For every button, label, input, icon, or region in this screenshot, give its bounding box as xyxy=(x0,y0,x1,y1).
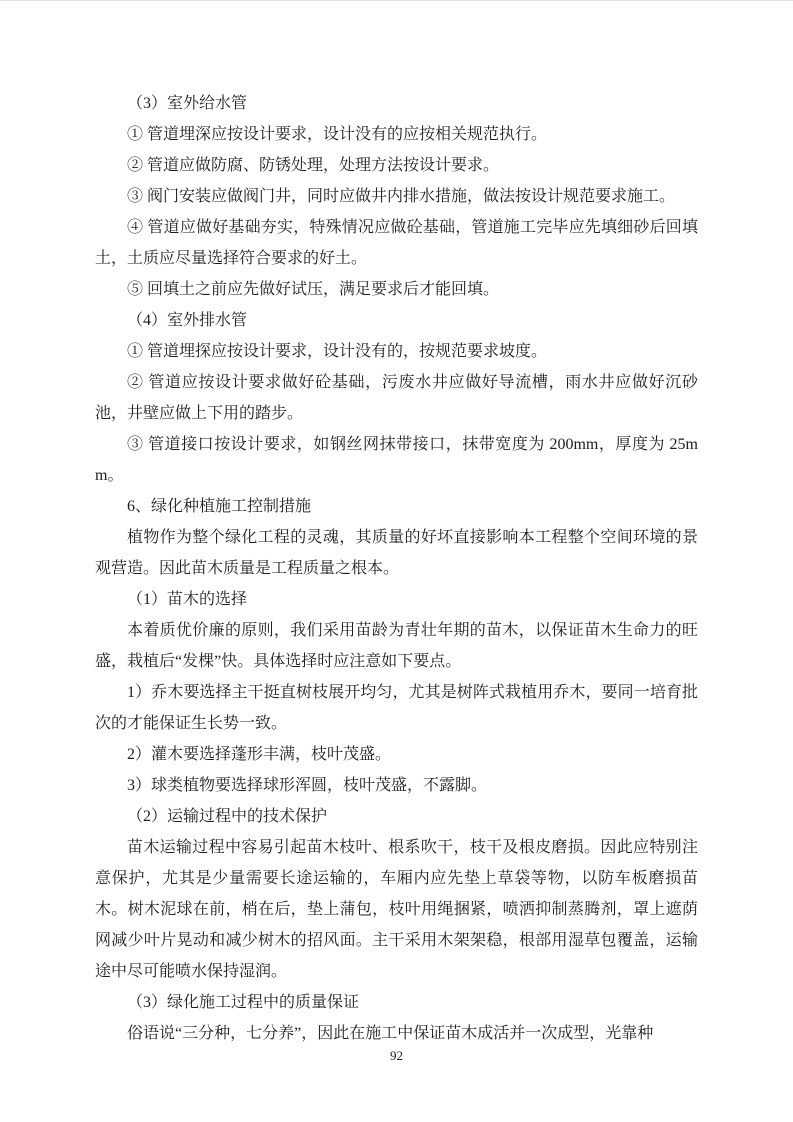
document-page: （3）室外给水管① 管道埋深应按设计要求，设计没有的应按相关规范执行。② 管道应… xyxy=(0,1,793,1122)
paragraph: ⑤ 回填土之前应先做好试压，满足要求后才能回填。 xyxy=(95,274,698,305)
paragraph: ③ 管道接口按设计要求，如钢丝网抹带接口，抹带宽度为 200mm，厚度为 25m… xyxy=(95,429,698,491)
paragraph: （3）绿化施工过程中的质量保证 xyxy=(95,987,698,1018)
paragraph: ① 管道埋深应按设计要求，设计没有的应按相关规范执行。 xyxy=(95,119,698,150)
paragraph: 1）乔木要选择主干挺直树枝展开均匀，尤其是树阵式栽植用乔木，要同一培育批次的才能… xyxy=(95,677,698,739)
paragraph: 2）灌木要选择蓬形丰满，枝叶茂盛。 xyxy=(95,739,698,770)
page-footer: 92 xyxy=(0,1047,793,1065)
paragraph: 植物作为整个绿化工程的灵魂，其质量的好坏直接影响本工程整个空间环境的景观营造。因… xyxy=(95,522,698,584)
paragraph: （3）室外给水管 xyxy=(95,88,698,119)
document-body: （3）室外给水管① 管道埋深应按设计要求，设计没有的应按相关规范执行。② 管道应… xyxy=(95,88,698,1049)
paragraph: ① 管道埋探应按设计要求，设计没有的，按规范要求坡度。 xyxy=(95,336,698,367)
paragraph: 3）球类植物要选择球形浑圆，枝叶茂盛，不露脚。 xyxy=(95,770,698,801)
page-number: 92 xyxy=(390,1048,403,1063)
paragraph: ④ 管道应做好基础夯实，特殊情况应做砼基础，管道施工完毕应先填细砂后回填土，土质… xyxy=(95,212,698,274)
paragraph: （2）运输过程中的技术保护 xyxy=(95,801,698,832)
paragraph: ③ 阀门安装应做阀门井，同时应做井内排水措施，做法按设计规范要求施工。 xyxy=(95,181,698,212)
paragraph: 俗语说“三分种，七分养”，因此在施工中保证苗木成活并一次成型，光靠种 xyxy=(95,1018,698,1049)
paragraph: 本着质优价廉的原则，我们采用苗龄为青壮年期的苗木，以保证苗木生命力的旺盛，栽植后… xyxy=(95,615,698,677)
paragraph: （4）室外排水管 xyxy=(95,305,698,336)
paragraph: 6、绿化种植施工控制措施 xyxy=(95,491,698,522)
paragraph: ② 管道应做防腐、防锈处理，处理方法按设计要求。 xyxy=(95,150,698,181)
paragraph: 苗木运输过程中容易引起苗木枝叶、根系吹干，枝干及根皮磨损。因此应特别注意保护，尤… xyxy=(95,832,698,987)
paragraph: ② 管道应按设计要求做好砼基础，污废水井应做好导流槽，雨水井应做好沉砂池，井壁应… xyxy=(95,367,698,429)
paragraph: （1）苗木的选择 xyxy=(95,584,698,615)
